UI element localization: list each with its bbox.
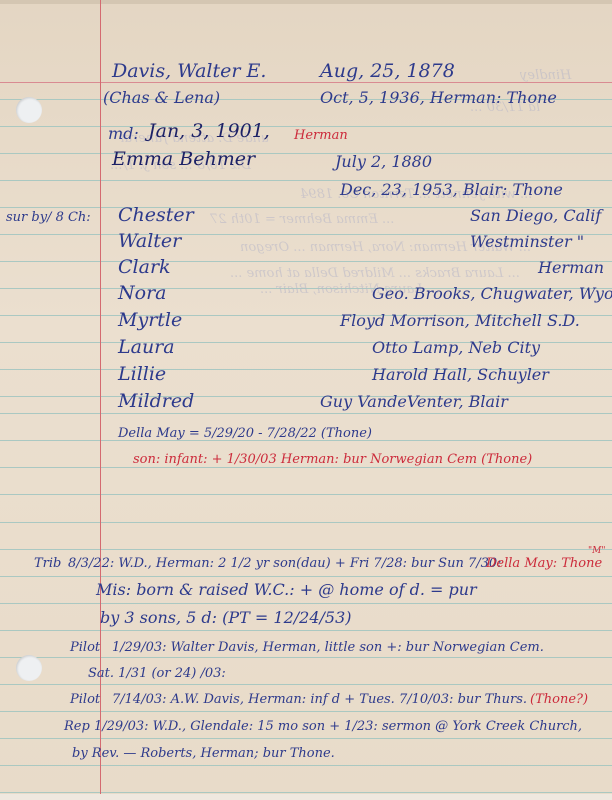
note-superscript: "M" bbox=[588, 546, 606, 556]
spouse-name: Emma Behmer bbox=[112, 148, 255, 170]
child-name: Walter bbox=[118, 230, 181, 252]
rule-line bbox=[0, 261, 612, 262]
infant-son-note: son: infant: + 1/30/03 Herman: bur Norwe… bbox=[133, 452, 532, 467]
child-detail: Guy VandeVenter, Blair bbox=[320, 392, 508, 411]
note-text: 1/29/03: W.D., Glendale: 15 mo son + 1/2… bbox=[94, 719, 582, 734]
child-detail: San Diego, Calif bbox=[470, 206, 601, 225]
bleed-through-text: ... Laura Bracks ... Mildred Della at ho… bbox=[230, 266, 520, 281]
marriage-place: Herman bbox=[294, 128, 348, 143]
marriage-date: Jan, 3, 1901, bbox=[148, 120, 270, 142]
note-red-text: Della May: Thone bbox=[486, 556, 602, 571]
rule-line bbox=[0, 738, 612, 739]
rule-line bbox=[0, 684, 612, 685]
child-detail: Harold Hall, Schuyler bbox=[372, 365, 549, 384]
spouse-birth: July 2, 1880 bbox=[335, 152, 432, 171]
child-name: Nora bbox=[118, 282, 166, 304]
note-text: Mis: born & raised W.C.: + @ home of d. … bbox=[96, 580, 477, 599]
rule-line bbox=[0, 522, 612, 523]
parents: (Chas & Lena) bbox=[103, 88, 220, 107]
child-name: Clark bbox=[118, 256, 171, 278]
notebook-page: Hindley la 11/30 ... unde D. attend fune… bbox=[0, 0, 612, 800]
rule-line bbox=[0, 711, 612, 712]
rule-line bbox=[0, 126, 612, 127]
bleed-through-text: ... Emma Behmer = 10th 27 bbox=[210, 212, 394, 227]
rule-line bbox=[0, 576, 612, 577]
note-text: by Rev. — Roberts, Herman; bur Thone. bbox=[72, 746, 335, 761]
rule-line bbox=[0, 657, 612, 658]
rule-line bbox=[0, 792, 612, 793]
page-bottom-edge bbox=[0, 794, 612, 800]
note-text: Sat. 1/31 (or 24) /03: bbox=[88, 666, 226, 681]
note-text: 1/29/03: Walter Davis, Herman, little so… bbox=[112, 640, 544, 655]
note-text: 8/3/22: W.D., Herman: 2 1/2 yr son(dau) … bbox=[68, 556, 502, 571]
child-name: Myrtle bbox=[118, 309, 182, 331]
birth-date: Aug, 25, 1878 bbox=[320, 60, 455, 82]
child-name: Mildred bbox=[118, 390, 194, 412]
person-name: Davis, Walter E. bbox=[112, 60, 266, 82]
child-name: Laura bbox=[118, 336, 175, 358]
rule-line bbox=[0, 603, 612, 604]
page-top-edge bbox=[0, 0, 612, 4]
rule-line bbox=[0, 153, 612, 154]
note-label: Rep bbox=[64, 719, 90, 734]
child-detail: Westminster " bbox=[470, 232, 584, 251]
child-detail: Herman bbox=[538, 258, 604, 277]
note-label: Pilot bbox=[70, 692, 100, 707]
note-text: by 3 sons, 5 d: (PT = 12/24/53) bbox=[100, 608, 352, 627]
rule-line bbox=[0, 396, 612, 397]
rule-line bbox=[0, 765, 612, 766]
bleed-through-text: Hindley bbox=[520, 68, 571, 83]
child-name: Lillie bbox=[118, 363, 166, 385]
note-text: 7/14/03: A.W. Davis, Herman: inf d + Tue… bbox=[112, 692, 527, 707]
child-detail: Geo. Brooks, Chugwater, Wyo bbox=[372, 284, 612, 303]
della-may-note: Della May = 5/29/20 - 7/28/22 (Thone) bbox=[118, 426, 372, 441]
rule-line bbox=[0, 549, 612, 550]
child-detail: Floyd Morrison, Mitchell S.D. bbox=[340, 311, 580, 330]
spouse-death: Dec, 23, 1953, Blair: Thone bbox=[340, 180, 563, 199]
marriage-prefix: md: bbox=[108, 124, 139, 143]
rule-line bbox=[0, 413, 612, 414]
rule-line bbox=[0, 630, 612, 631]
child-name: Chester bbox=[118, 204, 194, 226]
punch-hole bbox=[16, 655, 42, 681]
note-red-text: (Thone?) bbox=[530, 692, 588, 707]
rule-line bbox=[0, 494, 612, 495]
punch-hole bbox=[16, 97, 42, 123]
child-detail: Otto Lamp, Neb City bbox=[372, 338, 540, 357]
rule-line bbox=[0, 467, 612, 468]
children-margin-note: sur by/ 8 Ch: bbox=[6, 210, 91, 225]
note-label: Trib bbox=[34, 556, 61, 571]
death-info: Oct, 5, 1936, Herman: Thone bbox=[320, 88, 557, 107]
note-label: Pilot bbox=[70, 640, 100, 655]
